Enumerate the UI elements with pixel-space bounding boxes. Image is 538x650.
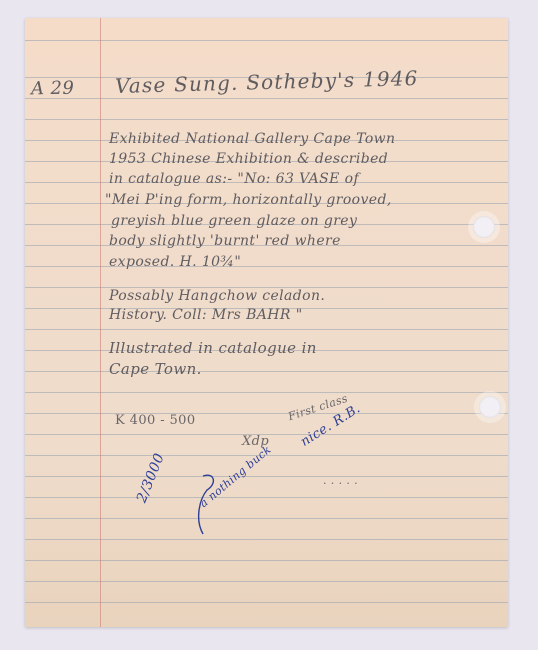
text-line: Exhibited National Gallery Cape Town [109,131,395,147]
rule-line [25,518,508,519]
text-line: History. Coll: Mrs BAHR " [109,307,303,323]
notepaper-sheet: A 29 Vase Sung. Sotheby's 1946 Exhibited… [25,18,508,627]
text-line: Possably Hangchow celadon. [109,288,325,304]
text-line: Illustrated in catalogue in [109,339,317,357]
text-line: "Mei P'ing form, horizontally grooved, [105,192,392,208]
rule-line [25,371,508,372]
rule-line [25,602,508,603]
text-line: greyish blue green glaze on grey [111,213,357,229]
punch-hole [473,216,495,238]
rule-line [25,392,508,393]
text-line: Cape Town. [109,360,202,378]
rule-line [25,539,508,540]
rule-line [25,497,508,498]
text-line: body slightly 'burnt' red where [109,233,341,249]
rule-line [25,98,508,99]
rule-line [25,413,508,414]
document-title: Vase Sung. Sotheby's 1946 [115,66,419,98]
rule-line [25,581,508,582]
lot-number: A 29 [31,78,75,100]
rule-line [25,119,508,120]
text-line: in catalogue as:- "No: 63 VASE of [109,171,359,187]
bracket-mark [193,470,223,540]
rule-line [25,266,508,267]
text-line: exposed. H. 10¾" [109,254,241,270]
margin-line [100,18,101,627]
rule-line [25,40,508,41]
punch-hole [479,396,501,418]
rule-line [25,560,508,561]
text-line: 1953 Chinese Exhibition & described [109,151,388,167]
pencil-dots: . . . . . [323,474,358,487]
estimate: K 400 - 500 [115,413,196,428]
rule-line [25,329,508,330]
rule-line [25,476,508,477]
